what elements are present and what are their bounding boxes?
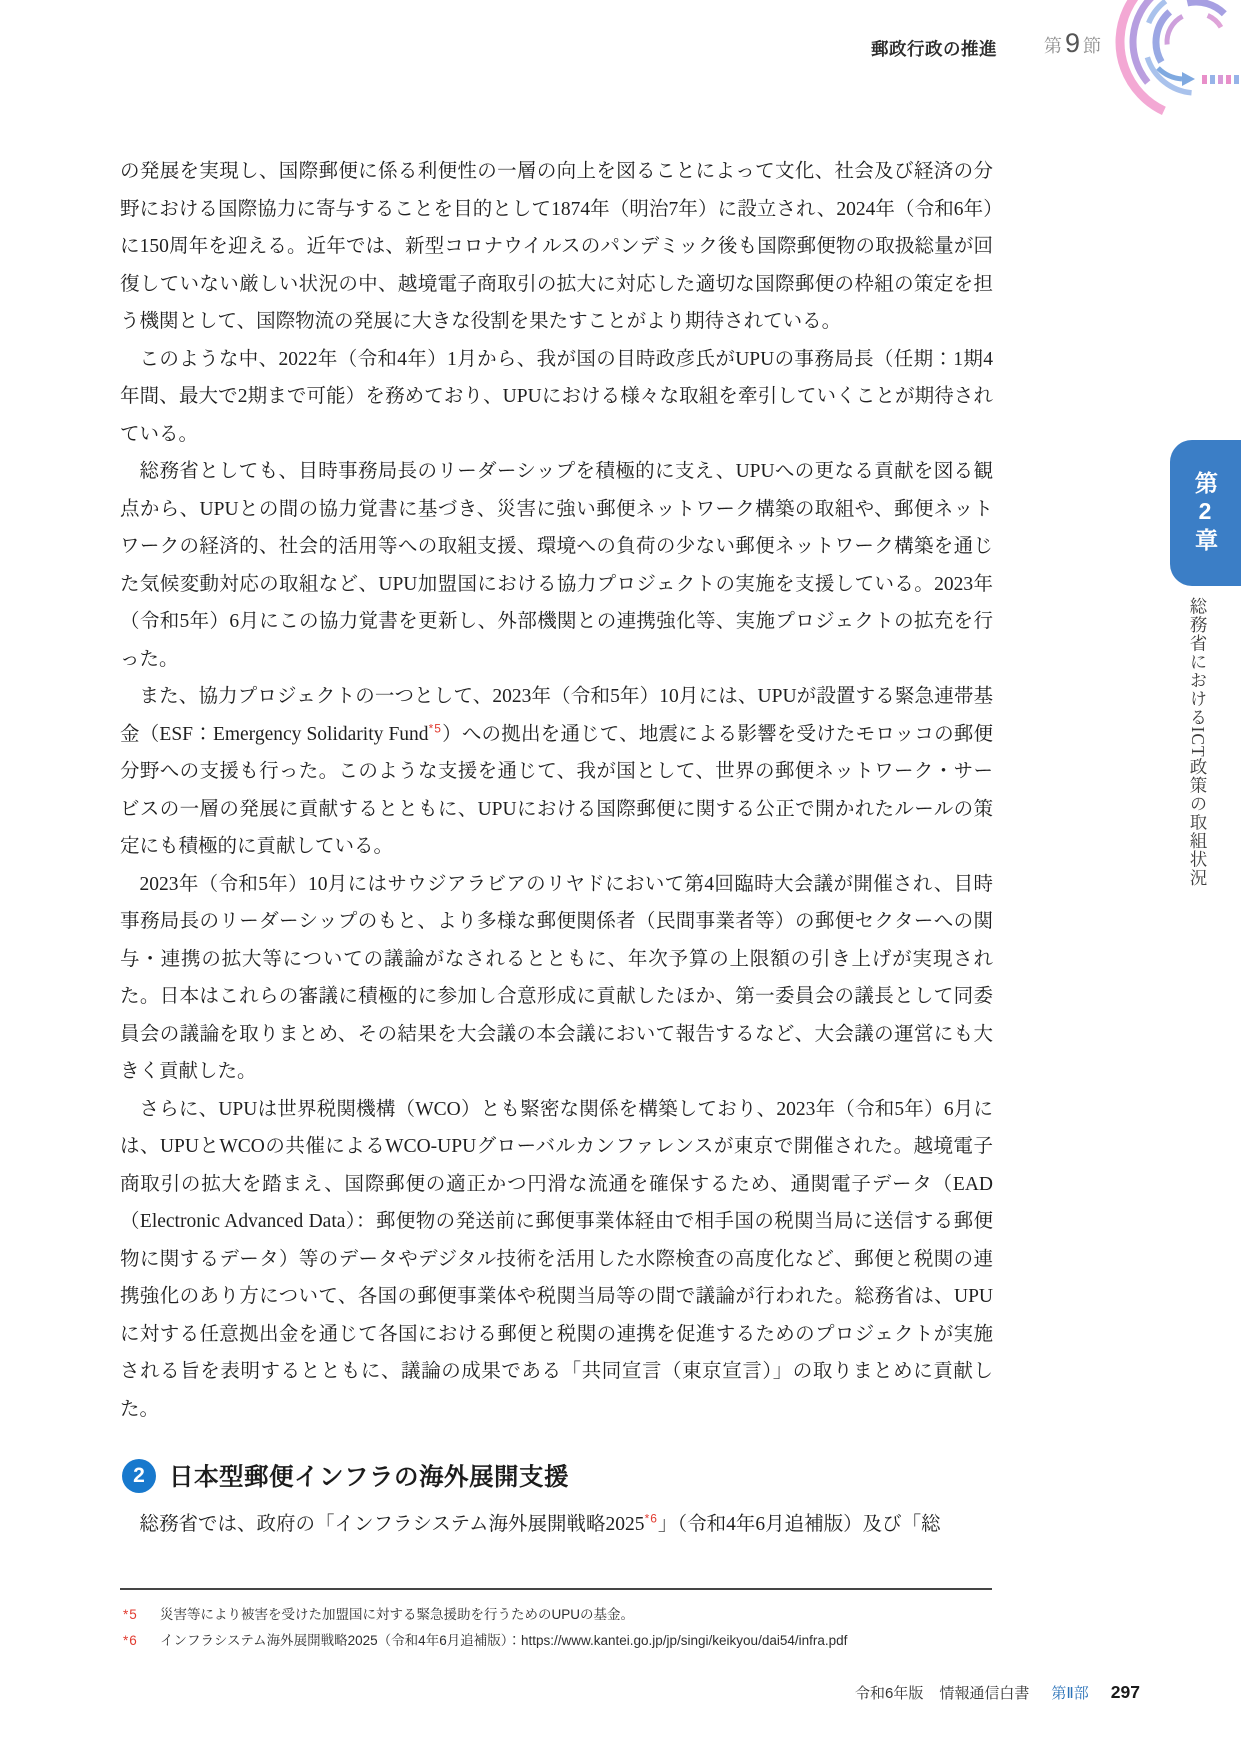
- text-run: の発展を実現し、国際郵便に係る利便性の一層の向上を図ることによって文化、社会及び…: [120, 161, 993, 332]
- after-heading-text: 総務省では、政府の「インフラシステム海外展開戦略2025*6」（令和4年6月追補…: [120, 1506, 993, 1544]
- footnote-text: 災害等により被害を受けた加盟国に対する緊急援助を行うためのUPUの基金。: [160, 1602, 634, 1628]
- footnotes: *5災害等により被害を受けた加盟国に対する緊急援助を行うためのUPUの基金。*6…: [123, 1602, 993, 1653]
- footnote-row: *6インフラシステム海外展開戦略2025（令和4年6月追補版）：https://…: [123, 1628, 993, 1654]
- footer-edition: 令和6年版: [855, 1682, 923, 1703]
- section-suffix: 節: [1083, 32, 1101, 58]
- text-run: 総務省としても、目時事務局長のリーダーシップを積極的に支え、UPUへの更なる貢献…: [120, 461, 993, 670]
- section-number: 9: [1065, 30, 1080, 57]
- footnote-ref: *6: [645, 1512, 658, 1526]
- section-number-badge: 2: [122, 1459, 156, 1493]
- section-heading-title: 日本型郵便インフラの海外展開支援: [169, 1458, 569, 1493]
- chapter-caption-vertical: 総務省におけるICT政策の取組状況: [1186, 597, 1211, 917]
- running-head-section-label: 第 9 節: [1044, 30, 1101, 58]
- chapter-tab-label: 第2章: [1189, 471, 1222, 555]
- section-number-badge-label: 2: [133, 1464, 145, 1488]
- footnote-marker: *6: [123, 1628, 160, 1654]
- section-prefix: 第: [1044, 32, 1062, 58]
- document-page: 郵政行政の推進 第 9 節 第2章 総務省におけるICT政策の取組状況 の発展を…: [0, 0, 1241, 1754]
- paragraph: 総務省としても、目時事務局長のリーダーシップを積極的に支え、UPUへの更なる貢献…: [120, 453, 993, 678]
- footnote-ref: *5: [429, 721, 442, 735]
- paragraph: 総務省では、政府の「インフラシステム海外展開戦略2025*6」（令和4年6月追補…: [120, 1506, 993, 1544]
- page-footer: 令和6年版 情報通信白書 第Ⅱ部 297: [855, 1682, 1140, 1703]
- footer-publication: 情報通信白書: [939, 1682, 1029, 1703]
- paragraph: さらに、UPUは世界税関機構（WCO）とも緊密な関係を構築しており、2023年（…: [120, 1091, 993, 1429]
- footnote-divider: [120, 1588, 992, 1590]
- body-text: の発展を実現し、国際郵便に係る利便性の一層の向上を図ることによって文化、社会及び…: [120, 153, 993, 1428]
- text-run: さらに、UPUは世界税関機構（WCO）とも緊密な関係を構築しており、2023年（…: [120, 1099, 993, 1420]
- text-run: 総務省では、政府の「インフラシステム海外展開戦略2025: [140, 1514, 645, 1535]
- decorative-arcs-graphic: [1066, 0, 1241, 138]
- footnote-marker: *5: [123, 1602, 160, 1628]
- running-head-title: 郵政行政の推進: [871, 36, 997, 61]
- paragraph: このような中、2022年（令和4年）1月から、我が国の目時政彦氏がUPUの事務局…: [120, 341, 993, 454]
- chapter-tab: 第2章: [1170, 440, 1241, 586]
- section-heading: 2 日本型郵便インフラの海外展開支援: [122, 1458, 569, 1493]
- text-run: このような中、2022年（令和4年）1月から、我が国の目時政彦氏がUPUの事務局…: [120, 349, 993, 445]
- text-run: 」（令和4年6月追補版）及び「総: [658, 1514, 941, 1535]
- footnote-text: インフラシステム海外展開戦略2025（令和4年6月追補版）：https://ww…: [160, 1628, 847, 1654]
- paragraph: 2023年（令和5年）10月にはサウジアラビアのリヤドにおいて第4回臨時大会議が…: [120, 866, 993, 1091]
- footnote-row: *5災害等により被害を受けた加盟国に対する緊急援助を行うためのUPUの基金。: [123, 1602, 993, 1628]
- footer-page-number: 297: [1111, 1682, 1140, 1703]
- text-run: 2023年（令和5年）10月にはサウジアラビアのリヤドにおいて第4回臨時大会議が…: [120, 874, 993, 1083]
- paragraph: また、協力プロジェクトの一つとして、2023年（令和5年）10月には、UPUが設…: [120, 678, 993, 866]
- footer-part: 第Ⅱ部: [1051, 1682, 1088, 1703]
- paragraph: の発展を実現し、国際郵便に係る利便性の一層の向上を図ることによって文化、社会及び…: [120, 153, 993, 341]
